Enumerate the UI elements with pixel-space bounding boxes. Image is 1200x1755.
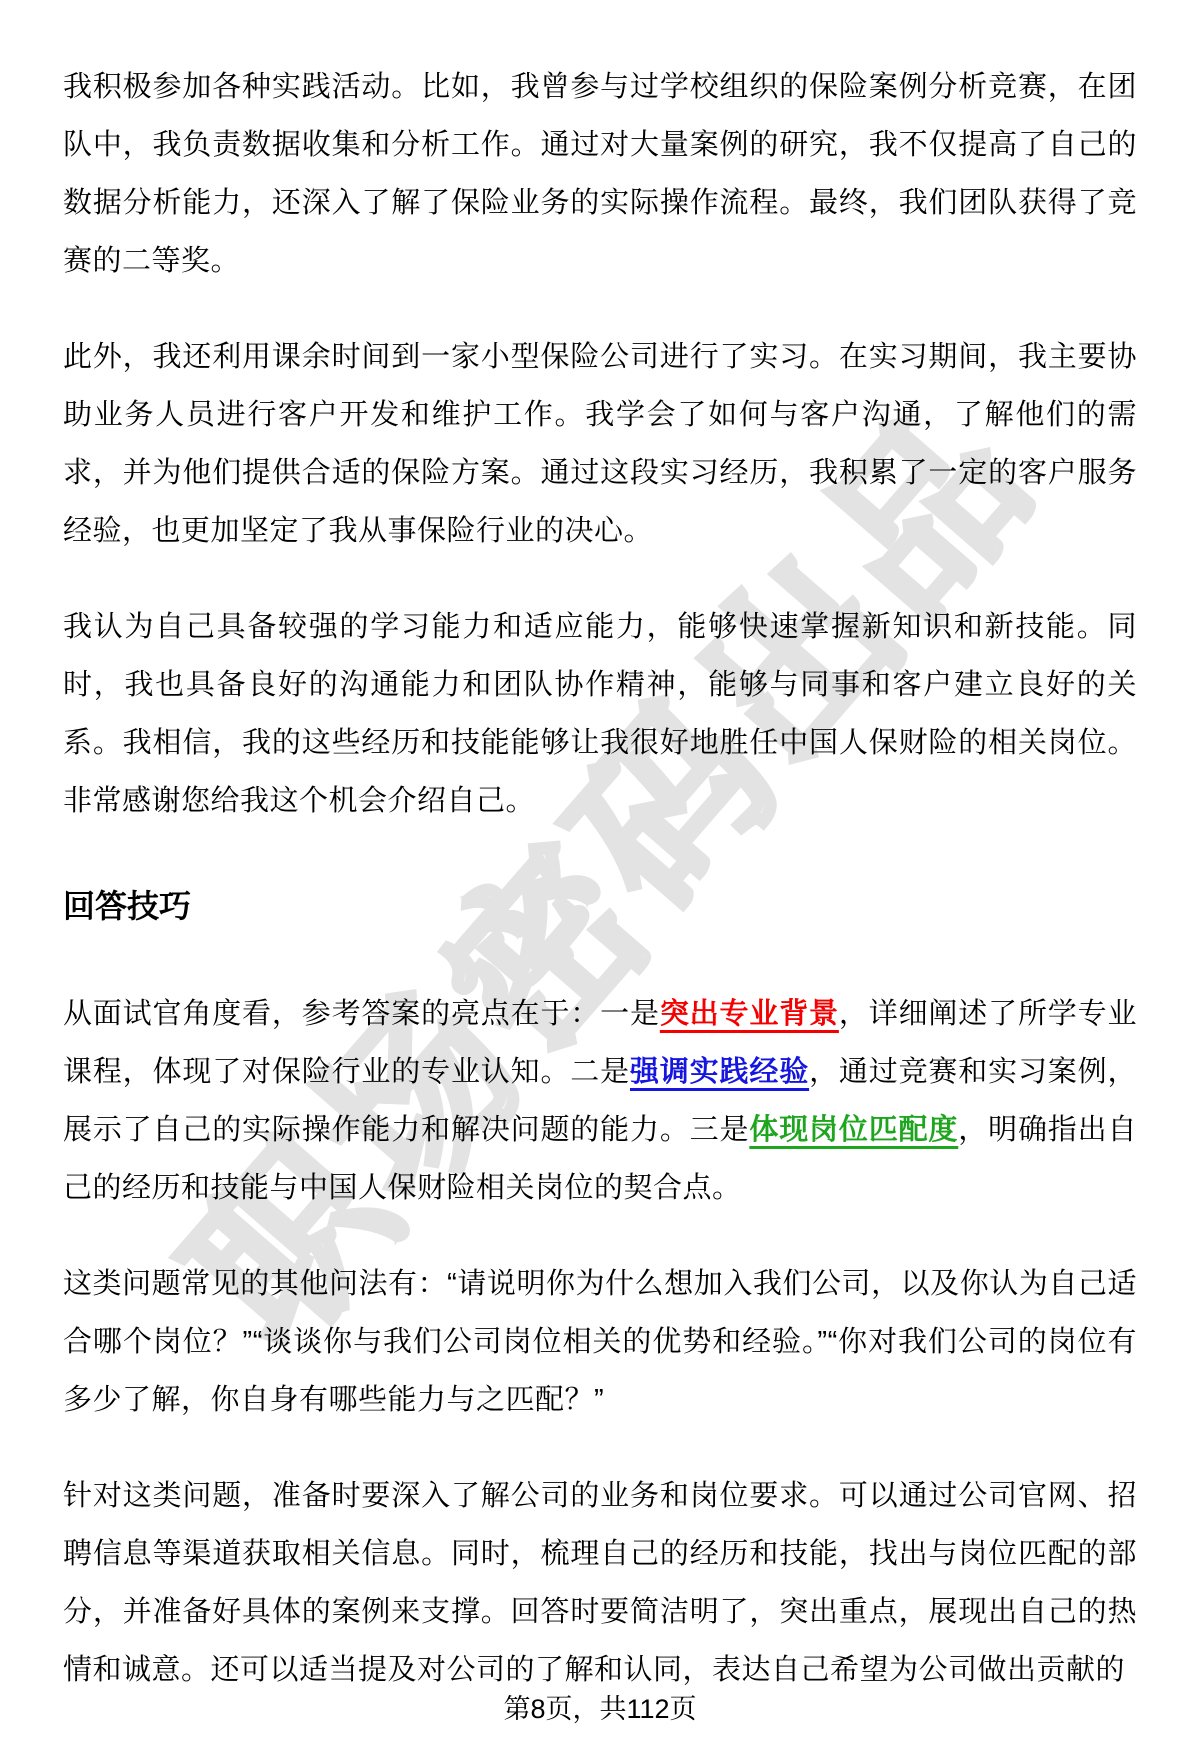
page-content: 我积极参加各种实践活动。比如，我曾参与过学校组织的保险案例分析竞赛，在团队中，我… (63, 58, 1137, 1737)
paragraph-self-evaluation: 我认为自己具备较强的学习能力和适应能力，能够快速掌握新知识和新技能。同时，我也具… (63, 598, 1137, 830)
page-number-footer: 第8页，共112页 (0, 1692, 1200, 1726)
document-page: 职场密码出品 我积极参加各种实践活动。比如，我曾参与过学校组织的保险案例分析竞赛… (0, 0, 1200, 1755)
highlight-professional-background: 突出专业背景 (660, 998, 839, 1030)
highlight-job-match: 体现岗位匹配度 (749, 1114, 958, 1146)
highlight-practical-experience: 强调实践经验 (630, 1056, 809, 1088)
tips-text-1: 从面试官角度看，参考答案的亮点在于：一是 (63, 998, 660, 1030)
paragraph-internship: 此外，我还利用课余时间到一家小型保险公司进行了实习。在实习期间，我主要协助业务人… (63, 328, 1137, 560)
paragraph-preparation-advice: 针对这类问题，准备时要深入了解公司的业务和岗位要求。可以通过公司官网、招聘信息等… (63, 1467, 1137, 1699)
paragraph-other-phrasings: 这类问题常见的其他问法有：“请说明你为什么想加入我们公司，以及你认为自己适合哪个… (63, 1255, 1137, 1429)
paragraph-answer-highlights: 从面试官角度看，参考答案的亮点在于：一是突出专业背景，详细阐述了所学专业课程，体… (63, 985, 1137, 1217)
paragraph-practice-activities: 我积极参加各种实践活动。比如，我曾参与过学校组织的保险案例分析竞赛，在团队中，我… (63, 58, 1137, 290)
section-heading-answer-tips: 回答技巧 (63, 886, 1137, 926)
